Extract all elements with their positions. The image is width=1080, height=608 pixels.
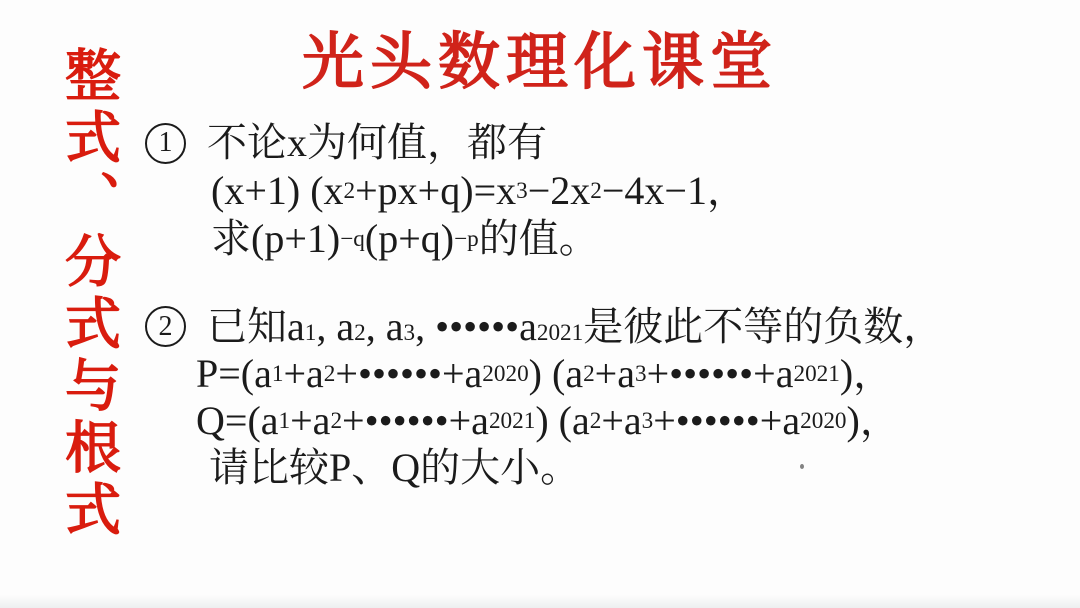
problem-2-number-badge: 2 [145,306,186,347]
problem-2: 2 已知a1, a2, a3, ••••••a2021是彼此不等的负数， P=(… [145,303,943,491]
slide: 光头数理化课堂 整式、分式与根式 1 不论x为何值，都有 (x+1) (x2+p… [0,0,1080,608]
problem-2-question: 请比较P、Q的大小。 [145,444,943,491]
problem-1-statement: 不论x为何值，都有 [207,119,547,167]
problem-1: 1 不论x为何值，都有 (x+1) (x2+px+q)=x3−2x2−4x−1，… [145,119,747,263]
problem-1-line-1: 1 不论x为何值，都有 [145,119,747,167]
page-title: 光头数理化课堂 [0,12,1080,101]
problem-1-question: 求(p+1)−q(p+q)−p的值。 [145,215,747,263]
problem-2-p-expression: P=(a1+a2+••••••+a2020) (a2+a3+••••••+a20… [145,350,943,397]
problem-2-line-1: 2 已知a1, a2, a3, ••••••a2021是彼此不等的负数， [145,303,943,350]
problem-2-q-expression: Q=(a1+a2+••••••+a2021) (a2+a3+••••••+a20… [145,397,943,444]
sidebar-vertical-heading: 整式、分式与根式 [50,46,126,556]
bottom-shade [0,595,1080,608]
ink-speck [800,464,804,469]
problem-1-number-badge: 1 [145,123,186,164]
problem-2-statement: 已知a1, a2, a3, ••••••a2021是彼此不等的负数， [207,303,943,350]
problem-1-equation: (x+1) (x2+px+q)=x3−2x2−4x−1， [145,167,747,215]
